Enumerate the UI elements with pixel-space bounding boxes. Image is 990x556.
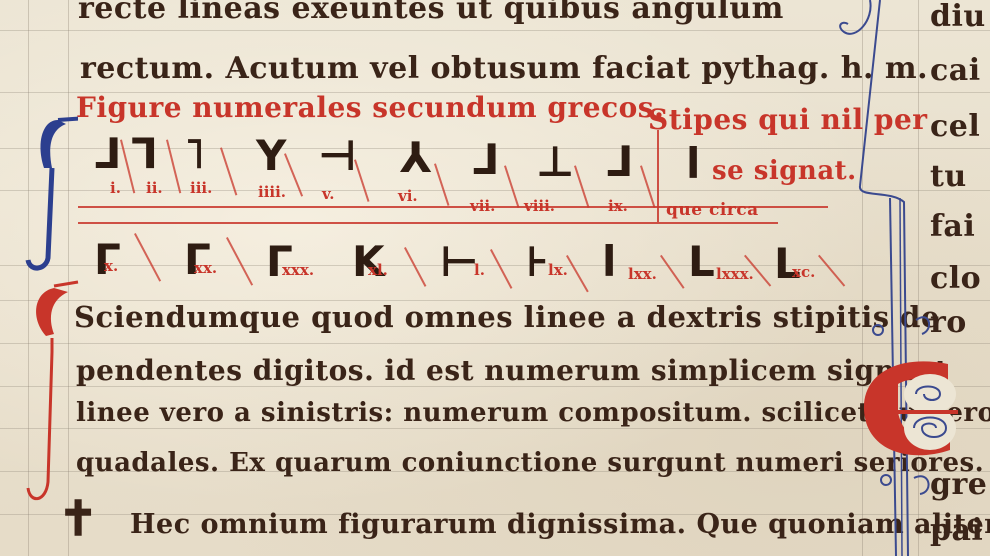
- red-paragraph-initial-icon: [24, 272, 84, 512]
- numeral-label: xxx.: [282, 262, 314, 278]
- numeral-glyph: ⊣: [318, 134, 356, 178]
- separator-stroke: [404, 247, 426, 287]
- numeral-label: l.: [474, 262, 485, 278]
- numeral-glyph: l: [602, 240, 616, 284]
- text-line: recte lineas exeuntes ut quibus angulum: [78, 0, 784, 26]
- table-rule: [78, 222, 778, 224]
- right-column-text: diu: [930, 0, 986, 34]
- numeral-glyph: L: [688, 240, 715, 284]
- numeral-glyph: ⅃: [606, 140, 633, 184]
- numeral-label: lxx.: [628, 266, 657, 282]
- numeral-label: vi.: [398, 188, 418, 204]
- numeral-glyph: ⊥: [536, 140, 574, 184]
- separator-stroke: [660, 255, 685, 289]
- numeral-glyph: ⊦: [526, 240, 549, 284]
- right-column-text: clo: [930, 262, 981, 296]
- rubric-side-note: que circa: [666, 200, 759, 220]
- separator-stroke: [354, 159, 369, 201]
- numeral-glyph: Y: [256, 134, 286, 178]
- blue-paragraph-initial-icon: [18, 108, 78, 278]
- manuscript-page: recte lineas exeuntes ut quibus angulum …: [0, 0, 990, 556]
- numeral-glyph: ⅂: [132, 132, 155, 176]
- right-column-text: gre: [930, 468, 987, 502]
- separator-stroke: [134, 233, 161, 282]
- numeral-glyph: ⅄: [400, 136, 432, 180]
- body-text-line: Sciendumque quod omnes linee a dextris s…: [74, 300, 940, 334]
- body-text-line: pendentes digitos. id est numerum simpli…: [76, 354, 948, 388]
- right-column-text: pai: [930, 514, 983, 548]
- separator-stroke: [434, 163, 449, 205]
- table-rule: [78, 206, 828, 208]
- numeral-label: xx.: [194, 260, 217, 276]
- text-line: rectum. Acutum vel obtusum faciat pythag…: [80, 52, 928, 86]
- numeral-label: xc.: [792, 264, 815, 280]
- numeral-glyph: ⅃: [94, 132, 121, 176]
- table-divider: [657, 130, 659, 222]
- numeral-label: v.: [322, 186, 334, 202]
- numeral-label: lx.: [548, 262, 568, 278]
- separator-stroke: [566, 255, 589, 292]
- numeral-label: x.: [104, 258, 118, 274]
- separator-stroke: [574, 165, 589, 207]
- numeral-label: ii.: [146, 180, 163, 196]
- right-column-text: ro: [930, 306, 967, 340]
- separator-stroke: [504, 165, 519, 207]
- rubric-heading: Figure numerales secundum grecos.: [76, 92, 664, 124]
- numeral-glyph: ˥: [184, 132, 205, 176]
- separator-stroke: [220, 147, 237, 195]
- separator-stroke: [490, 249, 512, 289]
- numeral-label: i.: [110, 180, 121, 196]
- numeral-glyph: ⅃: [472, 138, 499, 182]
- separator-stroke: [640, 165, 655, 207]
- separator-stroke: [226, 237, 253, 286]
- right-column-text: cai: [930, 54, 981, 88]
- numeral-label: lxxx.: [716, 266, 754, 282]
- red-initial-e-icon: [858, 354, 968, 474]
- numeral-label: iii.: [190, 180, 212, 196]
- numeral-label: xl.: [368, 262, 388, 278]
- numeral-glyph: ⊢: [440, 240, 478, 284]
- numeral-label: iiii.: [258, 184, 286, 200]
- numeral-glyph: l: [686, 142, 700, 186]
- right-column-text: tu: [930, 160, 967, 194]
- right-column-text: cel: [930, 110, 980, 144]
- right-column-text: fai: [930, 210, 975, 244]
